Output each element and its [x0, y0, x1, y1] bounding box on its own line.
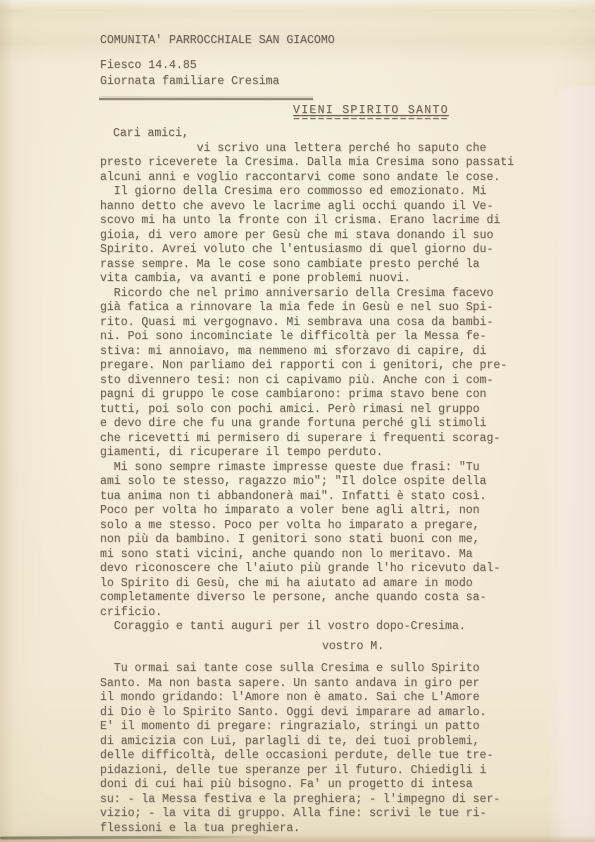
letter-line: rito. Quasi mi vergognavo. Mi sembrava u… — [100, 316, 540, 331]
letter-line: solo a me stesso. Poco per volta ho impa… — [100, 519, 540, 534]
letter-line: di Dio è lo Spirito Santo. Oggi devi imp… — [100, 706, 540, 721]
letter-line: completamente diverso le persone, anche … — [100, 591, 540, 606]
letter-line: il mondo gridando: l'Amore non è amato. … — [100, 691, 540, 706]
letter-line: scovo mi ha unto la fronte con il crisma… — [100, 214, 540, 229]
letter-line: Poco per volta ho imparato a voler bene … — [100, 504, 540, 519]
letter-paragraphs-part1: vi scrivo una lettera perché ho saputo c… — [100, 142, 540, 635]
letter-line: hanno detto che avevo le lacrime agli oc… — [100, 200, 540, 215]
letter-line: presto riceverete la Cresima. Dalla mia … — [100, 156, 540, 171]
scan-shading-left-edge — [0, 0, 14, 842]
letter-line: e devo dire che fu una grande fortuna pe… — [100, 417, 540, 432]
letter-line: gioia, di vero amore per Gesù che mi sta… — [100, 229, 540, 244]
letter-line: vizio; - la vita di gruppo. Alla fine: s… — [100, 807, 540, 822]
letter-line: sto divennero tesi: non ci capivamo più.… — [100, 374, 540, 389]
letter-line: vita cambia, va avanti e pone problemi n… — [100, 272, 540, 287]
letter-line: Mi sono sempre rimaste impresse queste d… — [100, 461, 540, 476]
letter-line: flessioni e la tua preghiera. — [100, 822, 540, 837]
letter-line: devo riconoscere che l'aiuto più grande … — [100, 562, 540, 577]
header-place-date: Fiesco 14.4.85 — [100, 59, 197, 74]
letter-line: Santo. Ma non basta sapere. Un santo and… — [100, 677, 540, 692]
salutation: Cari amici, — [100, 127, 540, 142]
letter-line: Ricordo che nel primo anniversario della… — [100, 287, 540, 302]
scan-background-right-strip — [549, 86, 595, 842]
letter-line: vi scrivo una lettera perché ho saputo c… — [100, 142, 540, 157]
letter-line: ni. Poi sono incominciate le difficoltà … — [100, 330, 540, 345]
header-event-name: Giornata familiare Cresima — [100, 75, 279, 90]
document-title-underline: =================== — [293, 112, 449, 127]
scan-shading-top-edge — [0, 0, 595, 10]
letter-line: giamenti, di ricuperare il tempo perduto… — [100, 446, 540, 461]
letter-line: Tu ormai sai tante cose sulla Cresima e … — [100, 662, 540, 677]
letter-paragraphs-part2: Tu ormai sai tante cose sulla Cresima e … — [100, 662, 540, 836]
letter-line: ami solo te stesso, ragazzo mio"; "Il do… — [100, 475, 540, 490]
letter-line: tua anima non ti abbandonerà mai". Infat… — [100, 490, 540, 505]
letter-line: Il giorno della Cresima ero commosso ed … — [100, 185, 540, 200]
letter-line: delle difficoltà, delle occasioni perdut… — [100, 749, 540, 764]
letter-line: già fatica a rinnovare la mia fede in Ge… — [100, 301, 540, 316]
letter-line: pregare. Non parliamo dei rapporti con i… — [100, 359, 540, 374]
letter-line: di amicizia con Lui, parlagli di te, dei… — [100, 735, 540, 750]
letter-line: che ricevetti mi permisero di superare i… — [100, 432, 540, 447]
scanned-letter-page: COMUNITA' PARROCCHIALE SAN GIACOMO Fiesc… — [0, 0, 595, 842]
letter-line: Spirito. Avrei voluto che l'entusiasmo d… — [100, 243, 540, 258]
letter-line: rasse sempre. Ma le cose sono cambiate p… — [100, 258, 540, 273]
signature: vostro M. — [322, 640, 540, 655]
letter-body: Cari amici, vi scrivo una lettera perché… — [100, 127, 540, 836]
letter-line: doni di cui hai più bisogno. Fa' un prog… — [100, 778, 540, 793]
scan-bottom-edge-shadow — [0, 835, 274, 839]
letter-line: stiva: mi annoiavo, ma nemmeno mi sforza… — [100, 345, 540, 360]
letter-line: alcuni anni e voglio raccontarvi come so… — [100, 171, 540, 186]
letter-line: pagni di gruppo le cose cambiarono: prim… — [100, 388, 540, 403]
letter-line: tutti, poi solo con pochi amici. Però ri… — [100, 403, 540, 418]
letter-line: lo Spirito di Gesù, che mi ha aiutato ad… — [100, 577, 540, 592]
letter-line: su: - la Messa festiva e la preghiera; -… — [100, 793, 540, 808]
letter-line: Coraggio e tanti auguri per il vostro do… — [100, 620, 540, 635]
letter-line: E' il momento di pregare: ringrazialo, s… — [100, 720, 540, 735]
letter-line: crificio. — [100, 606, 540, 621]
header-organization: COMUNITA' PARROCCHIALE SAN GIACOMO — [100, 34, 335, 49]
letter-line: non più da bambino. I genitori sono stat… — [100, 533, 540, 548]
letter-line: mi sono stati vicini, anche quando non l… — [100, 548, 540, 563]
header-rule — [99, 98, 313, 100]
scan-bottom-fade — [0, 835, 595, 842]
letter-line: pidazioni, delle tue speranze per il fut… — [100, 764, 540, 779]
